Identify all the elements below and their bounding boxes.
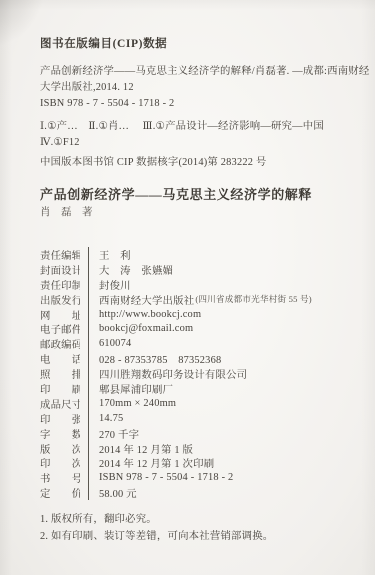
colophon-label: 电子邮件	[40, 321, 80, 336]
colophon-row: 出版发行 西南财经大学出版社(四川省成都市光华村街 55 号)	[40, 292, 347, 307]
cip-record-number: 中国版本图书馆 CIP 数据核字(2014)第 283222 号	[40, 155, 347, 171]
colophon-row: 印 次 2014 年 12 月第 1 次印刷	[40, 455, 347, 470]
colophon-row: 封面设计 大 涛 张嬿媚	[40, 262, 347, 277]
colophon-value: 14.75	[99, 413, 123, 424]
colophon-label: 印 刷	[40, 381, 80, 396]
cip-classification: Ⅰ.①产… Ⅱ.①肖… Ⅲ.①产品设计—经济影响—研究—中国 Ⅳ.①F12	[40, 119, 347, 151]
colophon-row: 字 数 270 千字	[40, 426, 347, 441]
colophon-label: 责任编辑	[40, 247, 80, 262]
colophon-row: 电 话 028 - 87353785 87352368	[40, 351, 347, 366]
colophon-value: 大 涛 张嬿媚	[99, 262, 173, 277]
colophon-label: 版 次	[40, 441, 80, 456]
cip-class-line: Ⅰ.①产… Ⅱ.①肖… Ⅲ.①产品设计—经济影响—研究—中国	[40, 119, 347, 135]
book-title: 产品创新经济学——马克思主义经济学的解释	[40, 186, 347, 203]
cip-record: 产品创新经济学——马克思主义经济学的解释/肖磊著. —成都:西南财经 大学出版社…	[40, 64, 347, 112]
colophon-row: 邮政编码 610074	[40, 336, 347, 351]
colophon-row: 书 号 ISBN 978 - 7 - 5504 - 1718 - 2	[40, 470, 347, 485]
colophon-value: 2014 年 12 月第 1 次印刷	[99, 455, 214, 470]
colophon-value: 270 千字	[99, 426, 139, 441]
colophon-label: 字 数	[40, 426, 80, 441]
colophon-row: 责任编辑 王 利	[40, 247, 347, 262]
colophon-value: bookcj@foxmail.com	[99, 323, 193, 334]
colophon-value-note: (四川省成都市光华村街 55 号)	[195, 293, 312, 305]
cip-record-line: 大学出版社,2014. 12	[40, 80, 347, 96]
notices: 1. 版权所有，翻印必究。 2. 如有印刷、装订等差错，可向本社营销部调换。	[40, 511, 347, 545]
colophon-row: 成品尺寸 170mm × 240mm	[40, 396, 347, 411]
colophon-label: 书 号	[40, 470, 80, 485]
notice-line: 2. 如有印刷、装订等差错，可向本社营销部调换。	[40, 528, 347, 545]
colophon-row: 定 价 58.00 元	[40, 485, 347, 500]
cip-header: 图书在版编目(CIP)数据	[40, 38, 347, 50]
colophon-label: 印 次	[40, 455, 80, 470]
colophon-value: 王 利	[99, 247, 131, 262]
colophon-label: 电 话	[40, 351, 80, 366]
colophon-value: 170mm × 240mm	[99, 398, 176, 409]
colophon-row: 版 次 2014 年 12 月第 1 版	[40, 441, 347, 456]
colophon-label: 照 排	[40, 366, 80, 381]
notice-line: 1. 版权所有，翻印必究。	[40, 511, 347, 528]
colophon-table: 责任编辑 王 利 封面设计 大 涛 张嬿媚 责任印制 封俊川 出版发行 西南财经…	[40, 247, 347, 500]
colophon-value: ISBN 978 - 7 - 5504 - 1718 - 2	[99, 472, 233, 483]
colophon-row: 责任印制 封俊川	[40, 277, 347, 292]
colophon-value: 2014 年 12 月第 1 版	[99, 441, 193, 456]
book-copyright-page: 图书在版编目(CIP)数据 产品创新经济学——马克思主义经济学的解释/肖磊著. …	[0, 0, 375, 575]
colophon-row: 网 址 http://www.bookcj.com	[40, 307, 347, 322]
cip-isbn-line: ISBN 978 - 7 - 5504 - 1718 - 2	[40, 96, 347, 112]
colophon-label: 印 张	[40, 411, 80, 426]
colophon-label: 定 价	[40, 485, 80, 500]
cip-record-line: 产品创新经济学——马克思主义经济学的解释/肖磊著. —成都:西南财经	[40, 64, 347, 80]
colophon-label: 邮政编码	[40, 336, 80, 351]
cip-class-line: Ⅳ.①F12	[40, 135, 347, 151]
book-author: 肖 磊 著	[40, 206, 347, 220]
colophon-label: 责任印制	[40, 277, 80, 292]
colophon-row: 照 排 四川胜翔数码印务设计有限公司	[40, 366, 347, 381]
colophon-row: 印 刷 郫县犀浦印刷厂	[40, 381, 347, 396]
colophon-value: 西南财经大学出版社	[99, 292, 194, 307]
colophon-row: 电子邮件 bookcj@foxmail.com	[40, 321, 347, 336]
colophon-label: 封面设计	[40, 262, 80, 277]
colophon-label: 网 址	[40, 307, 80, 322]
colophon-label: 成品尺寸	[40, 396, 80, 411]
colophon-value: 610074	[99, 338, 131, 349]
colophon-value: 郫县犀浦印刷厂	[99, 381, 173, 396]
colophon-label: 出版发行	[40, 292, 80, 307]
colophon-value: http://www.bookcj.com	[99, 309, 201, 320]
colophon-value: 58.00 元	[99, 485, 137, 500]
colophon-value: 四川胜翔数码印务设计有限公司	[99, 366, 247, 381]
colophon-row: 印 张 14.75	[40, 411, 347, 426]
colophon-value: 028 - 87353785 87352368	[99, 351, 221, 366]
colophon-value: 封俊川	[99, 277, 131, 292]
